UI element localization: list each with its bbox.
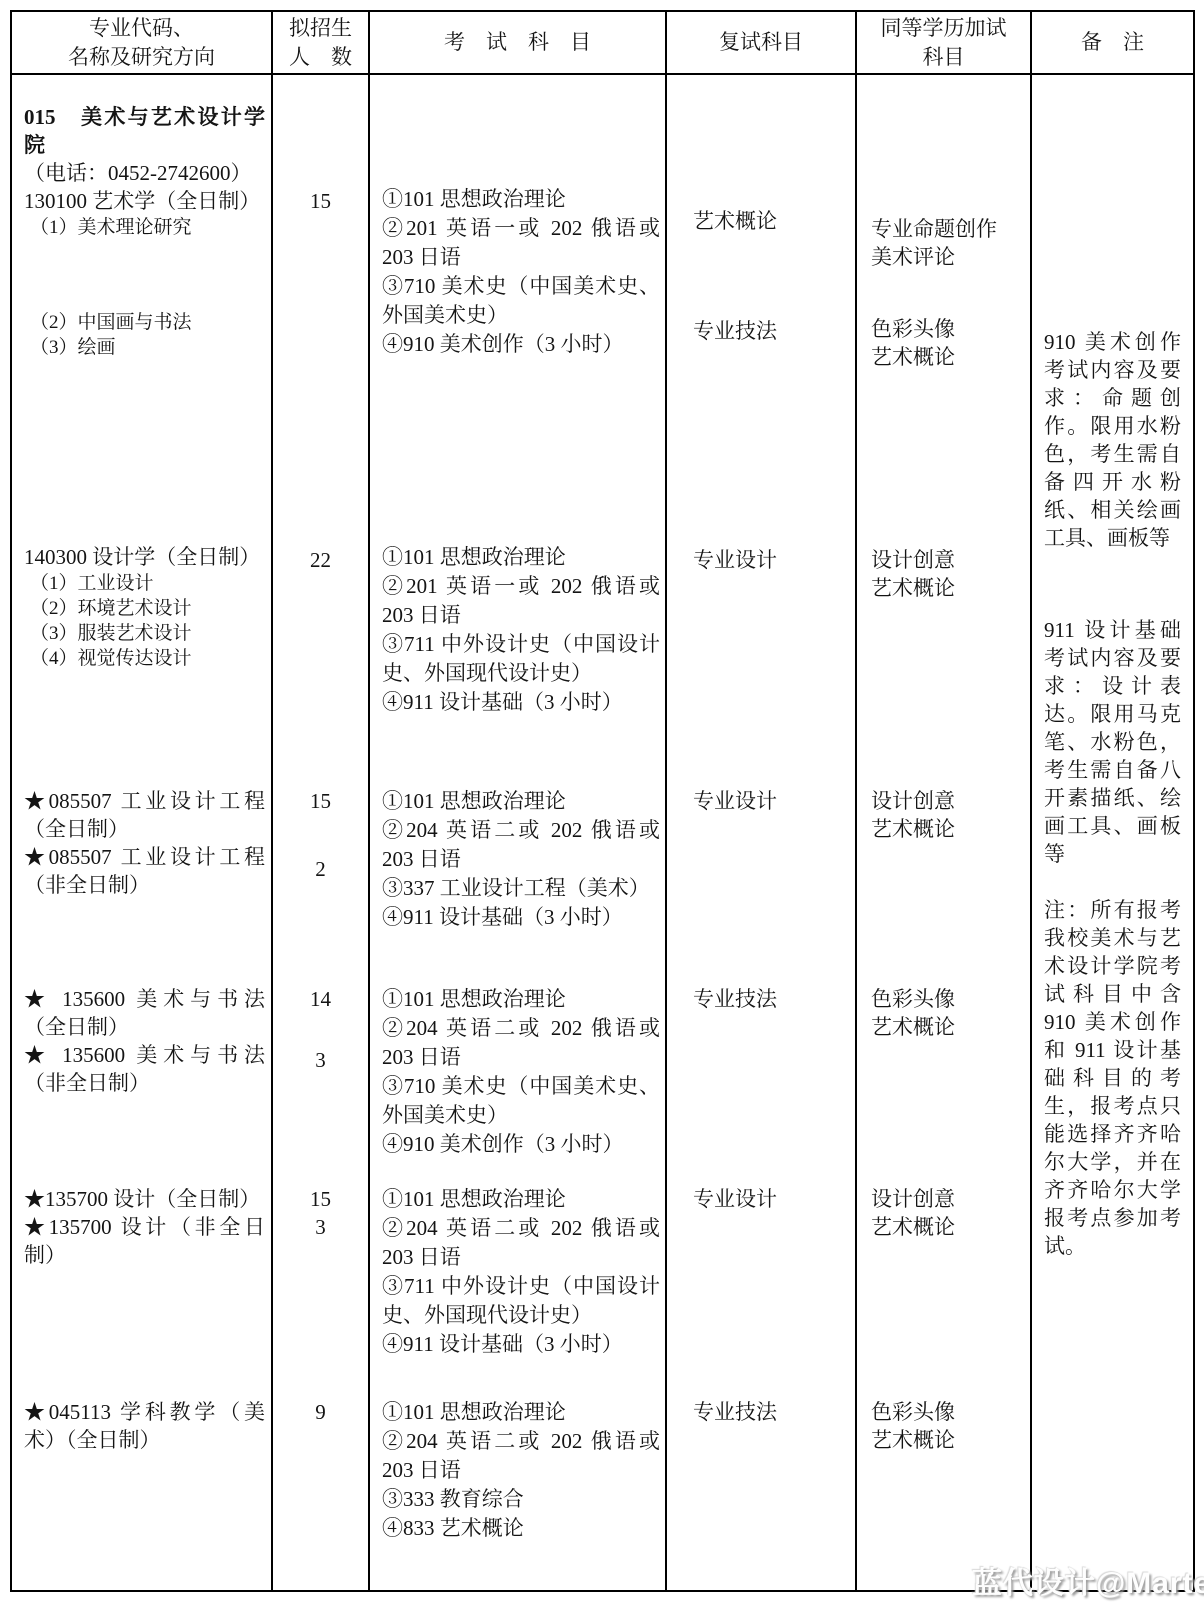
quota-value-parttime: 3 bbox=[273, 1046, 368, 1074]
quota-cell: 15 bbox=[273, 75, 370, 520]
exam-subject-list: ①101 思想政治理论 ②204 英语二或 202 俄语或 203 日语 ③71… bbox=[382, 1185, 660, 1359]
major-cell-045113: ★045113 学科教学（美术）（全日制） bbox=[12, 1368, 273, 1590]
exam-subject-list: ①101 思想政治理论 ②204 英语二或 202 俄语或 203 日语 ③33… bbox=[382, 787, 660, 932]
program-name-parttime: ★ 135600 美术与书法（非全日制） bbox=[24, 1041, 265, 1097]
header-retest-subjects: 复试科目 bbox=[667, 12, 857, 75]
page: { "header": { "col1": "专业代码、\n名称及研究方向", … bbox=[0, 0, 1204, 1604]
equivalency-subjects: 设计创意 艺术概论 bbox=[871, 1185, 1026, 1241]
quota-cell: 15 3 bbox=[273, 1165, 370, 1368]
major-cell-135600: ★ 135600 美术与书法（全日制） ★ 135600 美术与书法（非全日制） bbox=[12, 945, 273, 1165]
exam-cell: ①101 思想政治理论 ②204 英语二或 202 俄语或 203 日语 ③71… bbox=[370, 945, 667, 1165]
quota-value-parttime: 3 bbox=[273, 1213, 368, 1241]
program-name: 130100 艺术学（全日制） bbox=[24, 187, 265, 215]
research-directions: （2）中国画与书法 （3）绘画 bbox=[24, 310, 265, 360]
quota-value: 15 bbox=[273, 187, 368, 215]
exam-cell: ①101 思想政治理论 ②201 英语一或 202 俄语或 203 日语 ③71… bbox=[370, 75, 667, 520]
major-cell-085507: ★085507 工业设计工程（全日制） ★085507 工业设计工程（非全日制） bbox=[12, 755, 273, 945]
department-title: 015 美术与艺术设计学院 bbox=[24, 103, 265, 159]
major-cell-135700: ★135700 设计（全日制） ★135700 设计（非全日制） bbox=[12, 1165, 273, 1368]
retest-subject: 专业设计 bbox=[693, 1185, 851, 1213]
remark-910: 910 美术创作考试内容及要求：命题创作。限用水粉色，考生需自备四开水粉纸、相关… bbox=[1044, 328, 1181, 552]
retest-cell: 专业技法 bbox=[667, 1368, 857, 1590]
equivalency-subjects: 设计创意 艺术概论 bbox=[871, 546, 1026, 602]
equivalency-subjects: 色彩头像 艺术概论 bbox=[871, 315, 1026, 371]
exam-subject-list: ①101 思想政治理论 ②204 英语二或 202 俄语或 203 日语 ③71… bbox=[382, 985, 660, 1159]
retest-subject: 专业技法 bbox=[693, 317, 851, 345]
major-cell-130100: 015 美术与艺术设计学院 （电话：0452-2742600） 130100 艺… bbox=[12, 75, 273, 520]
exam-cell: ①101 思想政治理论 ②204 英语二或 202 俄语或 203 日语 ③71… bbox=[370, 1165, 667, 1368]
exam-cell: ①101 思想政治理论 ②204 英语二或 202 俄语或 203 日语 ③33… bbox=[370, 1368, 667, 1590]
research-directions: （1）工业设计 （2）环境艺术设计 （3）服装艺术设计 （4）视觉传达设计 bbox=[24, 571, 265, 671]
header-quota: 拟招生 人 数 bbox=[273, 12, 370, 75]
retest-cell: 专业设计 bbox=[667, 1165, 857, 1368]
retest-subject: 专业设计 bbox=[693, 546, 851, 574]
admissions-table: 专业代码、 名称及研究方向 拟招生 人 数 考 试 科 目 复试科目 同等学历加… bbox=[10, 10, 1195, 1592]
exam-cell: ①101 思想政治理论 ②201 英语一或 202 俄语或 203 日语 ③71… bbox=[370, 520, 667, 755]
research-directions: （1）美术理论研究 bbox=[24, 215, 265, 240]
retest-subject: 专业技法 bbox=[693, 1398, 851, 1426]
quota-cell: 9 bbox=[273, 1368, 370, 1590]
program-name-fulltime: ★045113 学科教学（美术）（全日制） bbox=[24, 1398, 265, 1454]
equivalency-cell: 设计创意 艺术概论 bbox=[857, 755, 1032, 945]
exam-subject-list: ①101 思想政治理论 ②201 英语一或 202 俄语或 203 日语 ③71… bbox=[382, 185, 660, 359]
retest-cell: 专业设计 bbox=[667, 755, 857, 945]
equivalency-cell: 设计创意 艺术概论 bbox=[857, 1165, 1032, 1368]
equivalency-cell: 专业命题创作 美术评论 色彩头像 艺术概论 bbox=[857, 75, 1032, 520]
equivalency-cell: 色彩头像 艺术概论 bbox=[857, 1368, 1032, 1590]
equivalency-subjects: 专业命题创作 美术评论 bbox=[871, 215, 1026, 271]
remark-note: 注：所有报考我校美术与艺术设计学院考试科目中含 910 美术创作和 911 设计… bbox=[1044, 896, 1181, 1260]
quota-value-parttime: 2 bbox=[273, 855, 368, 883]
exam-cell: ①101 思想政治理论 ②204 英语二或 202 俄语或 203 日语 ③33… bbox=[370, 755, 667, 945]
program-name-fulltime: ★135700 设计（全日制） bbox=[24, 1185, 265, 1213]
program-name-parttime: ★085507 工业设计工程（非全日制） bbox=[24, 843, 265, 899]
quota-cell: 15 2 bbox=[273, 755, 370, 945]
exam-subject-list: ①101 思想政治理论 ②204 英语二或 202 俄语或 203 日语 ③33… bbox=[382, 1398, 660, 1543]
watermark: 蓝代设计@Martell8 bbox=[972, 1558, 1204, 1602]
retest-subject: 专业技法 bbox=[693, 985, 851, 1013]
quota-value-fulltime: 9 bbox=[273, 1398, 368, 1426]
program-name-fulltime: ★ 135600 美术与书法（全日制） bbox=[24, 985, 265, 1041]
retest-cell: 艺术概论 专业技法 bbox=[667, 75, 857, 520]
remark-911: 911 设计基础考试内容及要求：设计表达。限用马克笔、水粉色，考生需自备八开素描… bbox=[1044, 616, 1181, 868]
remarks-cell: 910 美术创作考试内容及要求：命题创作。限用水粉色，考生需自备四开水粉纸、相关… bbox=[1032, 75, 1193, 1590]
quota-cell: 14 3 bbox=[273, 945, 370, 1165]
program-name: 140300 设计学（全日制） bbox=[24, 543, 265, 571]
header-major-code: 专业代码、 名称及研究方向 bbox=[12, 12, 273, 75]
header-exam-subjects: 考 试 科 目 bbox=[370, 12, 667, 75]
exam-subject-list: ①101 思想政治理论 ②201 英语一或 202 俄语或 203 日语 ③71… bbox=[382, 543, 660, 717]
quota-cell: 22 bbox=[273, 520, 370, 755]
equivalency-subjects: 色彩头像 艺术概论 bbox=[871, 985, 1026, 1041]
header-equivalency-test: 同等学历加试 科目 bbox=[857, 12, 1032, 75]
equivalency-cell: 设计创意 艺术概论 bbox=[857, 520, 1032, 755]
retest-subject: 专业设计 bbox=[693, 787, 851, 815]
program-name-parttime: ★135700 设计（非全日制） bbox=[24, 1213, 265, 1269]
retest-cell: 专业设计 bbox=[667, 520, 857, 755]
program-name-fulltime: ★085507 工业设计工程（全日制） bbox=[24, 787, 265, 843]
retest-cell: 专业技法 bbox=[667, 945, 857, 1165]
retest-subject: 艺术概论 bbox=[693, 207, 851, 235]
department-phone: （电话：0452-2742600） bbox=[24, 159, 265, 187]
quota-value: 22 bbox=[273, 546, 368, 574]
header-remarks: 备 注 bbox=[1032, 12, 1193, 75]
equivalency-cell: 色彩头像 艺术概论 bbox=[857, 945, 1032, 1165]
quota-value-fulltime: 15 bbox=[273, 787, 368, 815]
equivalency-subjects: 设计创意 艺术概论 bbox=[871, 787, 1026, 843]
equivalency-subjects: 色彩头像 艺术概论 bbox=[871, 1398, 1026, 1454]
major-cell-140300: 140300 设计学（全日制） （1）工业设计 （2）环境艺术设计 （3）服装艺… bbox=[12, 520, 273, 755]
quota-value-fulltime: 15 bbox=[273, 1185, 368, 1213]
quota-value-fulltime: 14 bbox=[273, 985, 368, 1013]
